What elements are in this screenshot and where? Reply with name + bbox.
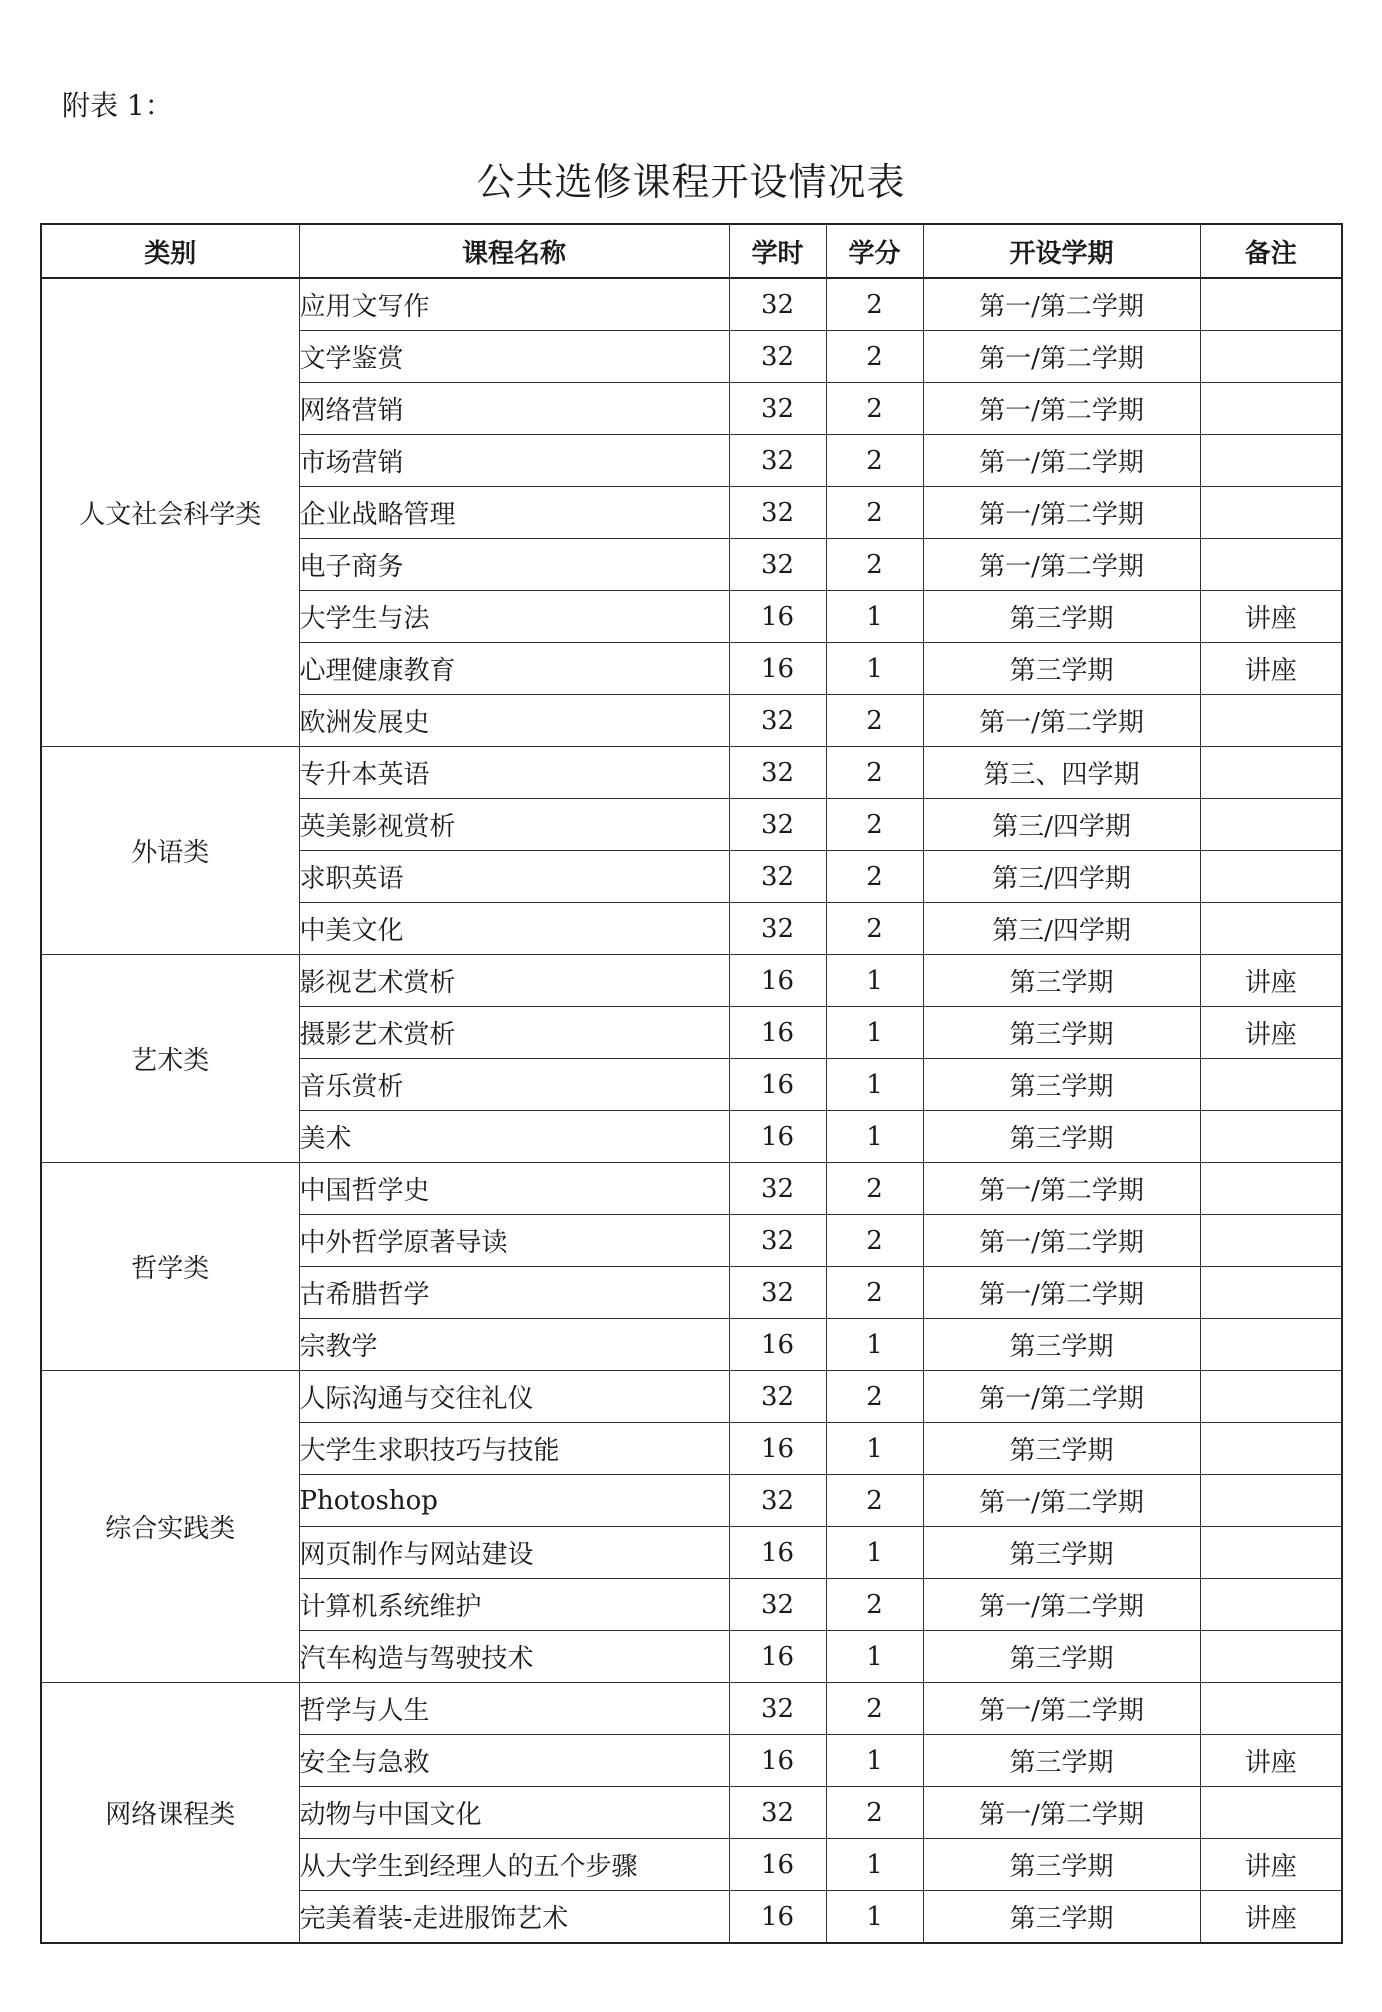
- category-cell: 人文社会科学类: [41, 278, 299, 747]
- credits-cell: 2: [826, 1215, 923, 1267]
- credits-cell: 2: [826, 1371, 923, 1423]
- term-cell: 第三学期: [923, 643, 1200, 695]
- course-name-cell: 英美影视赏析: [299, 799, 729, 851]
- credits-cell: 2: [826, 903, 923, 955]
- note-cell: [1200, 1319, 1342, 1371]
- course-name-cell: 美术: [299, 1111, 729, 1163]
- table-row: 艺术类影视艺术赏析161第三学期讲座: [41, 955, 1342, 1007]
- note-cell: [1200, 903, 1342, 955]
- course-name-cell: 影视艺术赏析: [299, 955, 729, 1007]
- note-cell: [1200, 1475, 1342, 1527]
- category-cell: 艺术类: [41, 955, 299, 1163]
- hours-cell: 32: [729, 1787, 826, 1839]
- course-name-cell: 应用文写作: [299, 278, 729, 331]
- credits-cell: 1: [826, 1735, 923, 1787]
- hours-cell: 32: [729, 695, 826, 747]
- header-credits: 学分: [826, 224, 923, 278]
- note-cell: 讲座: [1200, 1007, 1342, 1059]
- note-cell: [1200, 278, 1342, 331]
- course-name-cell: 中国哲学史: [299, 1163, 729, 1215]
- term-cell: 第一/第二学期: [923, 278, 1200, 331]
- course-name-cell: 摄影艺术赏析: [299, 1007, 729, 1059]
- term-cell: 第三学期: [923, 591, 1200, 643]
- course-name-cell: 欧洲发展史: [299, 695, 729, 747]
- credits-cell: 2: [826, 1683, 923, 1735]
- course-name-cell: 人际沟通与交往礼仪: [299, 1371, 729, 1423]
- hours-cell: 32: [729, 1475, 826, 1527]
- hours-cell: 16: [729, 643, 826, 695]
- category-cell: 哲学类: [41, 1163, 299, 1371]
- table-row: 哲学类中国哲学史322第一/第二学期: [41, 1163, 1342, 1215]
- note-cell: 讲座: [1200, 591, 1342, 643]
- term-cell: 第三学期: [923, 1735, 1200, 1787]
- credits-cell: 1: [826, 1527, 923, 1579]
- hours-cell: 16: [729, 1319, 826, 1371]
- credits-cell: 2: [826, 331, 923, 383]
- credits-cell: 2: [826, 1267, 923, 1319]
- note-cell: 讲座: [1200, 643, 1342, 695]
- term-cell: 第一/第二学期: [923, 487, 1200, 539]
- course-name-cell: 电子商务: [299, 539, 729, 591]
- credits-cell: 1: [826, 1891, 923, 1944]
- course-name-cell: 大学生与法: [299, 591, 729, 643]
- hours-cell: 32: [729, 799, 826, 851]
- hours-cell: 16: [729, 1839, 826, 1891]
- note-cell: [1200, 1111, 1342, 1163]
- term-cell: 第一/第二学期: [923, 331, 1200, 383]
- course-name-cell: 哲学与人生: [299, 1683, 729, 1735]
- term-cell: 第一/第二学期: [923, 695, 1200, 747]
- course-name-cell: 大学生求职技巧与技能: [299, 1423, 729, 1475]
- term-cell: 第三学期: [923, 1527, 1200, 1579]
- credits-cell: 2: [826, 851, 923, 903]
- hours-cell: 32: [729, 903, 826, 955]
- term-cell: 第一/第二学期: [923, 1475, 1200, 1527]
- credits-cell: 1: [826, 1111, 923, 1163]
- course-name-cell: 计算机系统维护: [299, 1579, 729, 1631]
- course-name-cell: 企业战略管理: [299, 487, 729, 539]
- table-row: 外语类专升本英语322第三、四学期: [41, 747, 1342, 799]
- term-cell: 第一/第二学期: [923, 1163, 1200, 1215]
- course-name-cell: 网络营销: [299, 383, 729, 435]
- term-cell: 第三学期: [923, 1631, 1200, 1683]
- note-cell: [1200, 1683, 1342, 1735]
- term-cell: 第三学期: [923, 1891, 1200, 1944]
- term-cell: 第一/第二学期: [923, 1787, 1200, 1839]
- note-cell: [1200, 435, 1342, 487]
- hours-cell: 16: [729, 591, 826, 643]
- course-name-cell: 求职英语: [299, 851, 729, 903]
- hours-cell: 32: [729, 435, 826, 487]
- note-cell: [1200, 383, 1342, 435]
- header-course-name: 课程名称: [299, 224, 729, 278]
- hours-cell: 32: [729, 278, 826, 331]
- note-cell: [1200, 1423, 1342, 1475]
- hours-cell: 32: [729, 747, 826, 799]
- course-name-cell: 从大学生到经理人的五个步骤: [299, 1839, 729, 1891]
- course-name-cell: 宗教学: [299, 1319, 729, 1371]
- note-cell: 讲座: [1200, 1735, 1342, 1787]
- hours-cell: 16: [729, 1423, 826, 1475]
- category-cell: 网络课程类: [41, 1683, 299, 1944]
- table-body: 人文社会科学类应用文写作322第一/第二学期文学鉴赏322第一/第二学期网络营销…: [41, 278, 1342, 1943]
- term-cell: 第三学期: [923, 1319, 1200, 1371]
- course-name-cell: 中外哲学原著导读: [299, 1215, 729, 1267]
- term-cell: 第三学期: [923, 1839, 1200, 1891]
- note-cell: [1200, 487, 1342, 539]
- note-cell: [1200, 1163, 1342, 1215]
- term-cell: 第三/四学期: [923, 903, 1200, 955]
- hours-cell: 32: [729, 851, 826, 903]
- course-name-cell: 心理健康教育: [299, 643, 729, 695]
- credits-cell: 2: [826, 278, 923, 331]
- credits-cell: 1: [826, 1631, 923, 1683]
- category-cell: 外语类: [41, 747, 299, 955]
- term-cell: 第一/第二学期: [923, 1371, 1200, 1423]
- page-title: 公共选修课程开设情况表: [0, 158, 1382, 206]
- hours-cell: 32: [729, 1371, 826, 1423]
- term-cell: 第三学期: [923, 1111, 1200, 1163]
- term-cell: 第一/第二学期: [923, 539, 1200, 591]
- credits-cell: 2: [826, 1475, 923, 1527]
- note-cell: [1200, 1215, 1342, 1267]
- note-cell: [1200, 851, 1342, 903]
- header-term: 开设学期: [923, 224, 1200, 278]
- course-name-cell: 市场营销: [299, 435, 729, 487]
- table-row: 网络课程类哲学与人生322第一/第二学期: [41, 1683, 1342, 1735]
- note-cell: [1200, 695, 1342, 747]
- credits-cell: 2: [826, 539, 923, 591]
- header-category: 类别: [41, 224, 299, 278]
- note-cell: [1200, 331, 1342, 383]
- credits-cell: 1: [826, 1319, 923, 1371]
- credits-cell: 2: [826, 747, 923, 799]
- note-cell: [1200, 1059, 1342, 1111]
- term-cell: 第三学期: [923, 1423, 1200, 1475]
- term-cell: 第三/四学期: [923, 799, 1200, 851]
- course-name-cell: 音乐赏析: [299, 1059, 729, 1111]
- credits-cell: 1: [826, 591, 923, 643]
- credits-cell: 1: [826, 1839, 923, 1891]
- note-cell: 讲座: [1200, 1891, 1342, 1944]
- credits-cell: 2: [826, 487, 923, 539]
- hours-cell: 32: [729, 383, 826, 435]
- term-cell: 第一/第二学期: [923, 1267, 1200, 1319]
- credits-cell: 2: [826, 383, 923, 435]
- note-cell: [1200, 799, 1342, 851]
- course-name-cell: 文学鉴赏: [299, 331, 729, 383]
- header-hours: 学时: [729, 224, 826, 278]
- header-note: 备注: [1200, 224, 1342, 278]
- course-name-cell: Photoshop: [299, 1475, 729, 1527]
- course-name-cell: 汽车构造与驾驶技术: [299, 1631, 729, 1683]
- table-row: 综合实践类人际沟通与交往礼仪322第一/第二学期: [41, 1371, 1342, 1423]
- hours-cell: 16: [729, 1631, 826, 1683]
- hours-cell: 16: [729, 955, 826, 1007]
- hours-cell: 32: [729, 1683, 826, 1735]
- note-cell: [1200, 1579, 1342, 1631]
- credits-cell: 1: [826, 643, 923, 695]
- hours-cell: 16: [729, 1059, 826, 1111]
- note-cell: 讲座: [1200, 955, 1342, 1007]
- term-cell: 第三学期: [923, 955, 1200, 1007]
- hours-cell: 16: [729, 1891, 826, 1944]
- category-cell: 综合实践类: [41, 1371, 299, 1683]
- course-name-cell: 动物与中国文化: [299, 1787, 729, 1839]
- credits-cell: 1: [826, 1007, 923, 1059]
- hours-cell: 32: [729, 539, 826, 591]
- credits-cell: 2: [826, 435, 923, 487]
- credits-cell: 2: [826, 695, 923, 747]
- table-header-row: 类别 课程名称 学时 学分 开设学期 备注: [41, 224, 1342, 278]
- credits-cell: 2: [826, 1163, 923, 1215]
- credits-cell: 2: [826, 1787, 923, 1839]
- course-name-cell: 网页制作与网站建设: [299, 1527, 729, 1579]
- course-table: 类别 课程名称 学时 学分 开设学期 备注 人文社会科学类应用文写作322第一/…: [40, 223, 1343, 1944]
- note-cell: [1200, 1371, 1342, 1423]
- course-name-cell: 中美文化: [299, 903, 729, 955]
- table-row: 人文社会科学类应用文写作322第一/第二学期: [41, 278, 1342, 331]
- hours-cell: 16: [729, 1527, 826, 1579]
- term-cell: 第三、四学期: [923, 747, 1200, 799]
- hours-cell: 16: [729, 1111, 826, 1163]
- note-cell: 讲座: [1200, 1839, 1342, 1891]
- hours-cell: 16: [729, 1735, 826, 1787]
- note-cell: [1200, 1787, 1342, 1839]
- credits-cell: 1: [826, 1059, 923, 1111]
- note-cell: [1200, 1267, 1342, 1319]
- credits-cell: 1: [826, 1423, 923, 1475]
- term-cell: 第一/第二学期: [923, 435, 1200, 487]
- term-cell: 第三学期: [923, 1059, 1200, 1111]
- note-cell: [1200, 539, 1342, 591]
- hours-cell: 16: [729, 1007, 826, 1059]
- hours-cell: 32: [729, 487, 826, 539]
- appendix-label: 附表 1：: [62, 88, 173, 124]
- note-cell: [1200, 747, 1342, 799]
- course-name-cell: 古希腊哲学: [299, 1267, 729, 1319]
- credits-cell: 1: [826, 955, 923, 1007]
- note-cell: [1200, 1527, 1342, 1579]
- hours-cell: 32: [729, 1163, 826, 1215]
- hours-cell: 32: [729, 1215, 826, 1267]
- term-cell: 第一/第二学期: [923, 1579, 1200, 1631]
- hours-cell: 32: [729, 1267, 826, 1319]
- term-cell: 第一/第二学期: [923, 1215, 1200, 1267]
- course-name-cell: 专升本英语: [299, 747, 729, 799]
- term-cell: 第一/第二学期: [923, 1683, 1200, 1735]
- hours-cell: 32: [729, 331, 826, 383]
- term-cell: 第三/四学期: [923, 851, 1200, 903]
- term-cell: 第一/第二学期: [923, 383, 1200, 435]
- credits-cell: 2: [826, 799, 923, 851]
- note-cell: [1200, 1631, 1342, 1683]
- course-name-cell: 完美着装-走进服饰艺术: [299, 1891, 729, 1944]
- credits-cell: 2: [826, 1579, 923, 1631]
- hours-cell: 32: [729, 1579, 826, 1631]
- course-name-cell: 安全与急救: [299, 1735, 729, 1787]
- term-cell: 第三学期: [923, 1007, 1200, 1059]
